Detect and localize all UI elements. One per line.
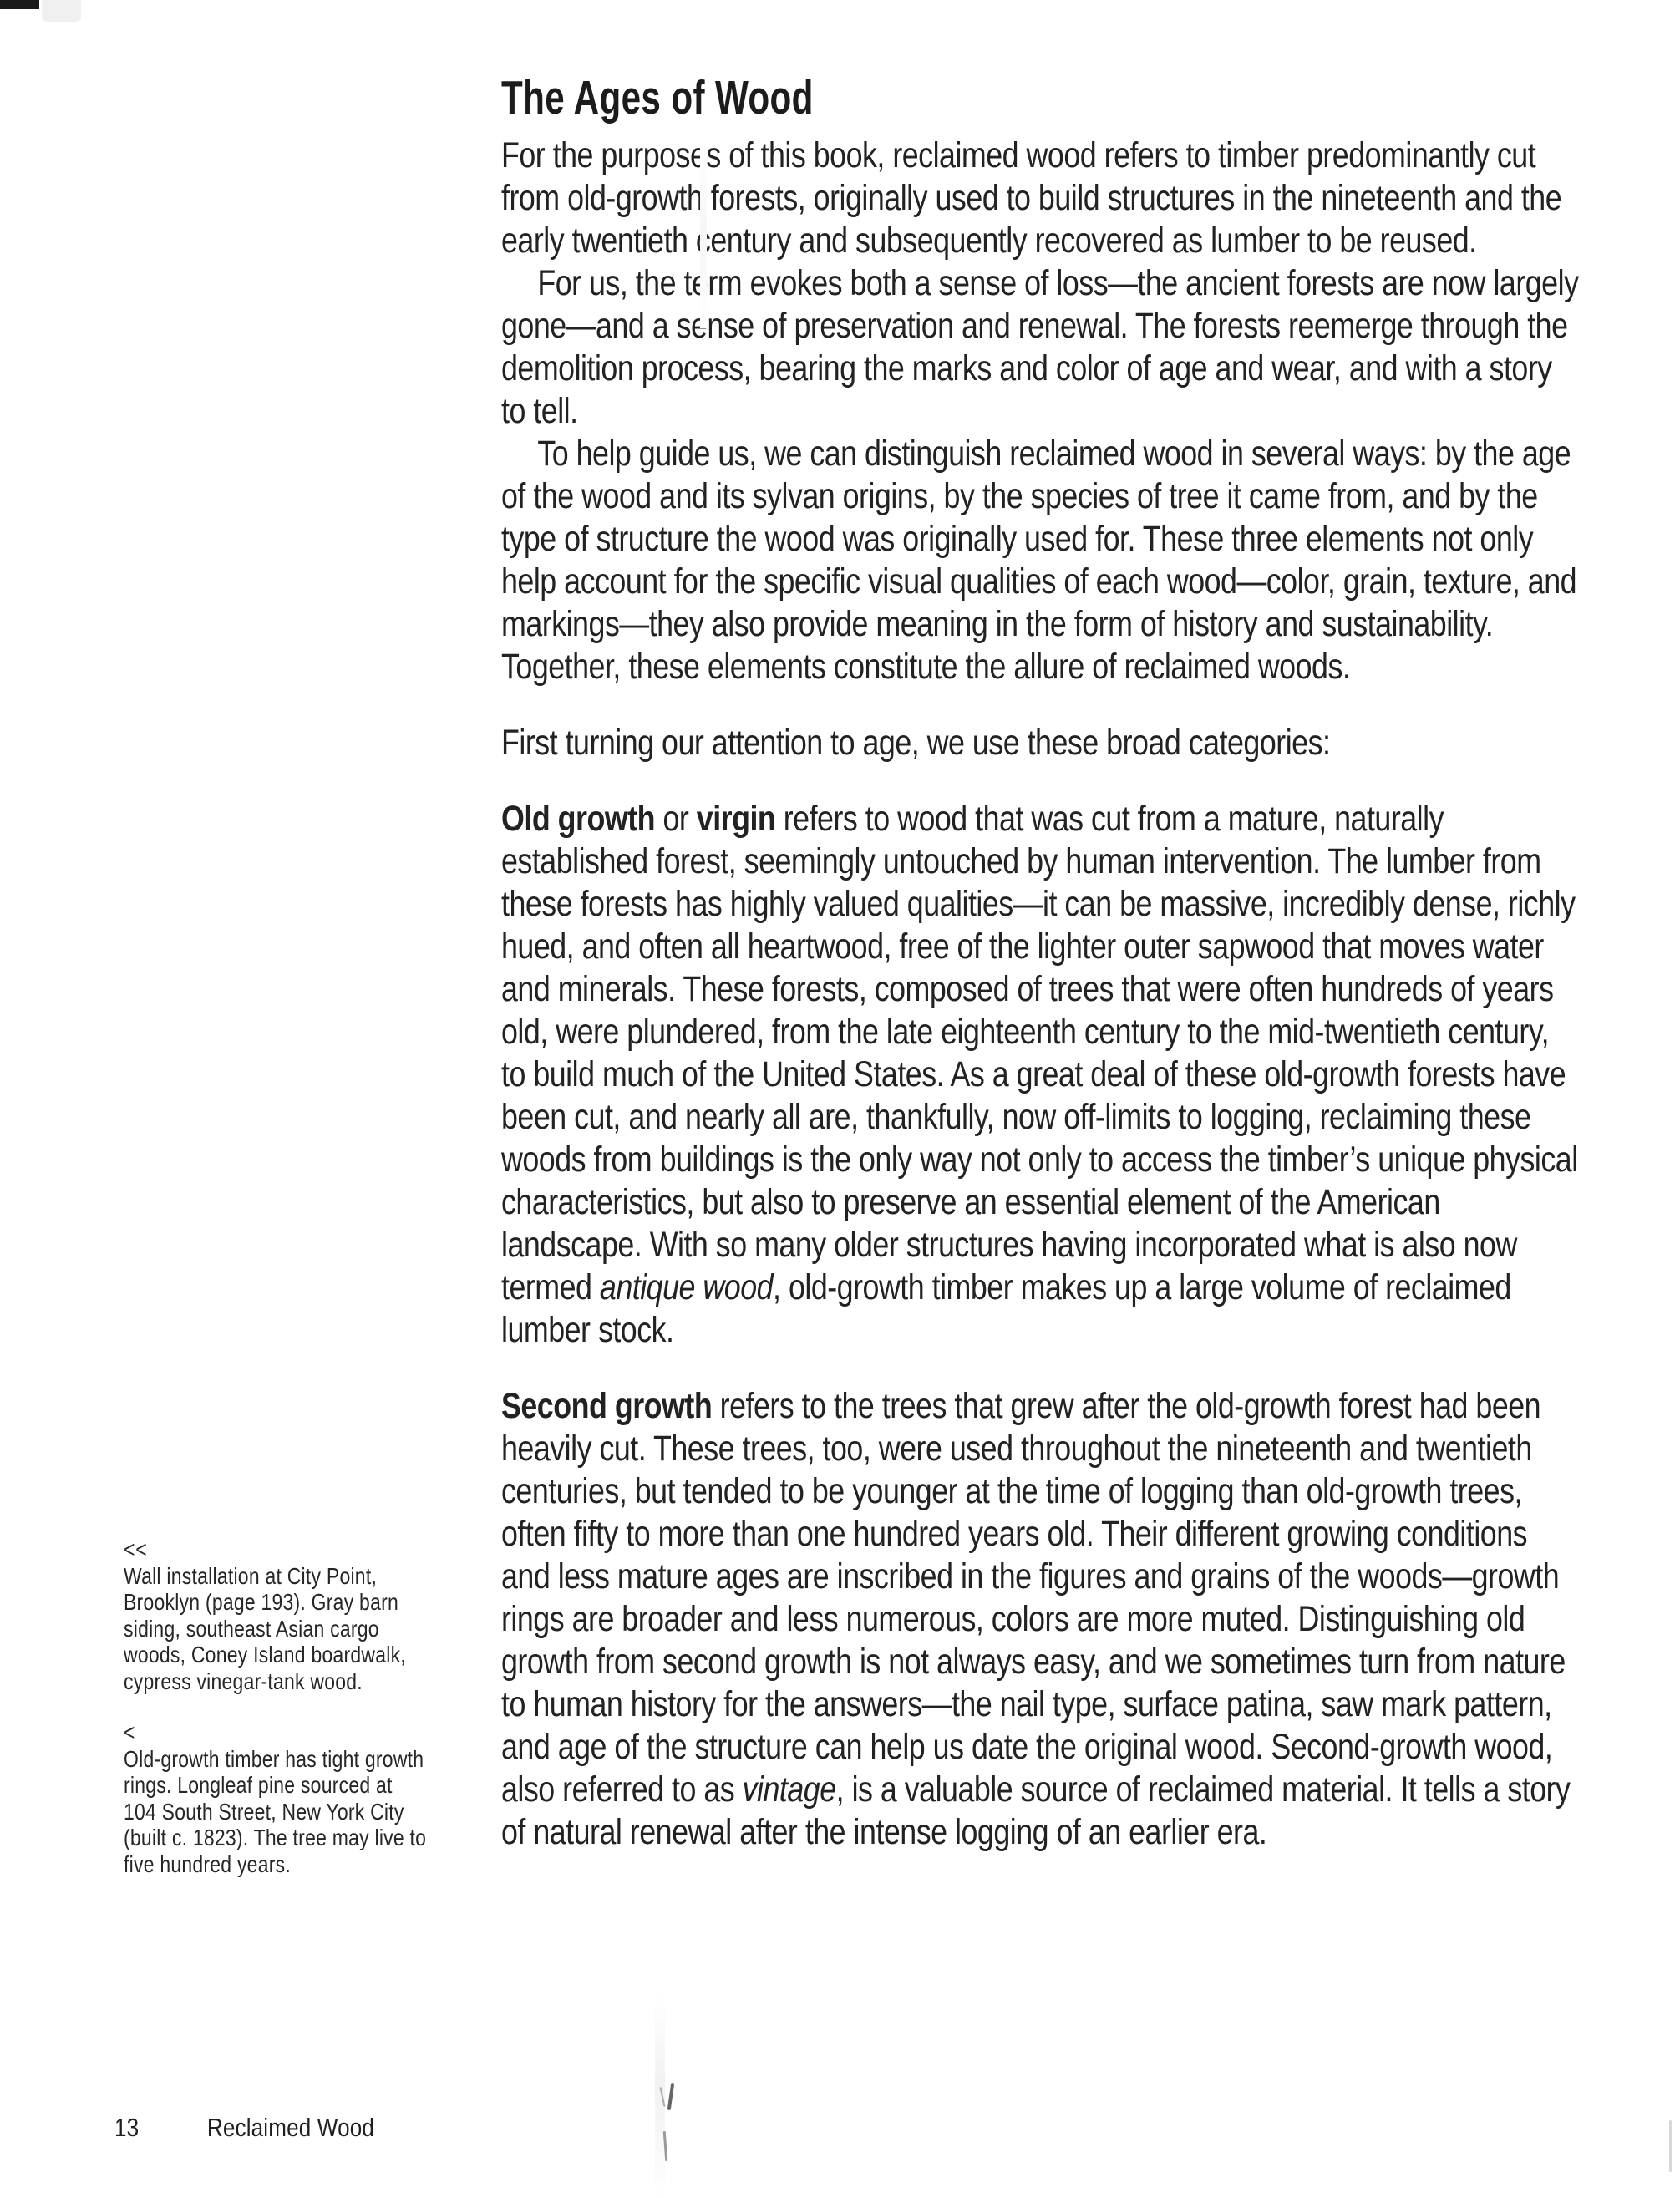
running-title: Reclaimed Wood [207, 2113, 374, 2142]
caption-text: Old-growth timber has tight growth rings… [124, 1746, 426, 1877]
paragraph-segment: refers to wood that was cut from a matur… [501, 799, 1578, 1307]
paragraph-segment: antique wood [600, 1267, 773, 1307]
book-page: { "page": { "background": "#ffffff", "in… [0, 0, 1680, 2198]
paragraph-segment: First turning our attention to age, we u… [501, 723, 1330, 763]
scan-artifact-crease-mark [667, 2083, 675, 2110]
paragraph-segment: To help guide us, we can distinguish rec… [501, 434, 1576, 687]
scan-artifact-crease-mark [663, 2131, 668, 2161]
photo-caption-1: << Wall installation at City Point, Broo… [124, 1536, 429, 1694]
page-number: 13 [114, 2113, 207, 2143]
scan-artifact-crease-mark [660, 2087, 666, 2107]
page-title: The Ages of Wood [501, 70, 814, 125]
paragraph: First turning our attention to age, we u… [501, 722, 1580, 764]
scan-artifact-corner [0, 0, 39, 9]
caption-text: Wall installation at City Point, Brookly… [124, 1563, 406, 1694]
paragraph: To help guide us, we can distinguish rec… [501, 433, 1580, 688]
body-text: For the purposes of this book, reclaimed… [501, 135, 1580, 1854]
paragraph-segment: For the purposes of this book, reclaimed… [501, 135, 1561, 261]
paragraph-segment: For us, the term evokes both a sense of … [501, 263, 1578, 431]
scan-artifact-smudge [42, 0, 81, 22]
scan-artifact-crease-band [655, 1995, 665, 2198]
paragraph-segment: refers to the trees that grew after the … [501, 1386, 1566, 1810]
paragraph-segment: virgin [697, 799, 776, 839]
paragraph-segment: vintage [743, 1769, 836, 1810]
paragraph: Old growth or virgin refers to wood that… [501, 798, 1580, 1352]
paragraph: For the purposes of this book, reclaimed… [501, 135, 1580, 262]
paragraph: For us, the term evokes both a sense of … [501, 262, 1580, 433]
photo-caption-2: < Old-growth timber has tight growth rin… [124, 1719, 429, 1877]
scan-artifact-edge-mark [1669, 2120, 1672, 2172]
paragraph-segment: or [655, 799, 697, 839]
caption-pointer-icon: < [124, 1719, 429, 1746]
paragraph: Second growth refers to the trees that g… [501, 1385, 1580, 1854]
page-footer: 13Reclaimed Wood [114, 2113, 374, 2143]
paragraph-segment: Second growth [501, 1386, 712, 1426]
caption-pointer-icon: << [124, 1536, 429, 1563]
paragraph-segment: Old growth [501, 799, 655, 839]
